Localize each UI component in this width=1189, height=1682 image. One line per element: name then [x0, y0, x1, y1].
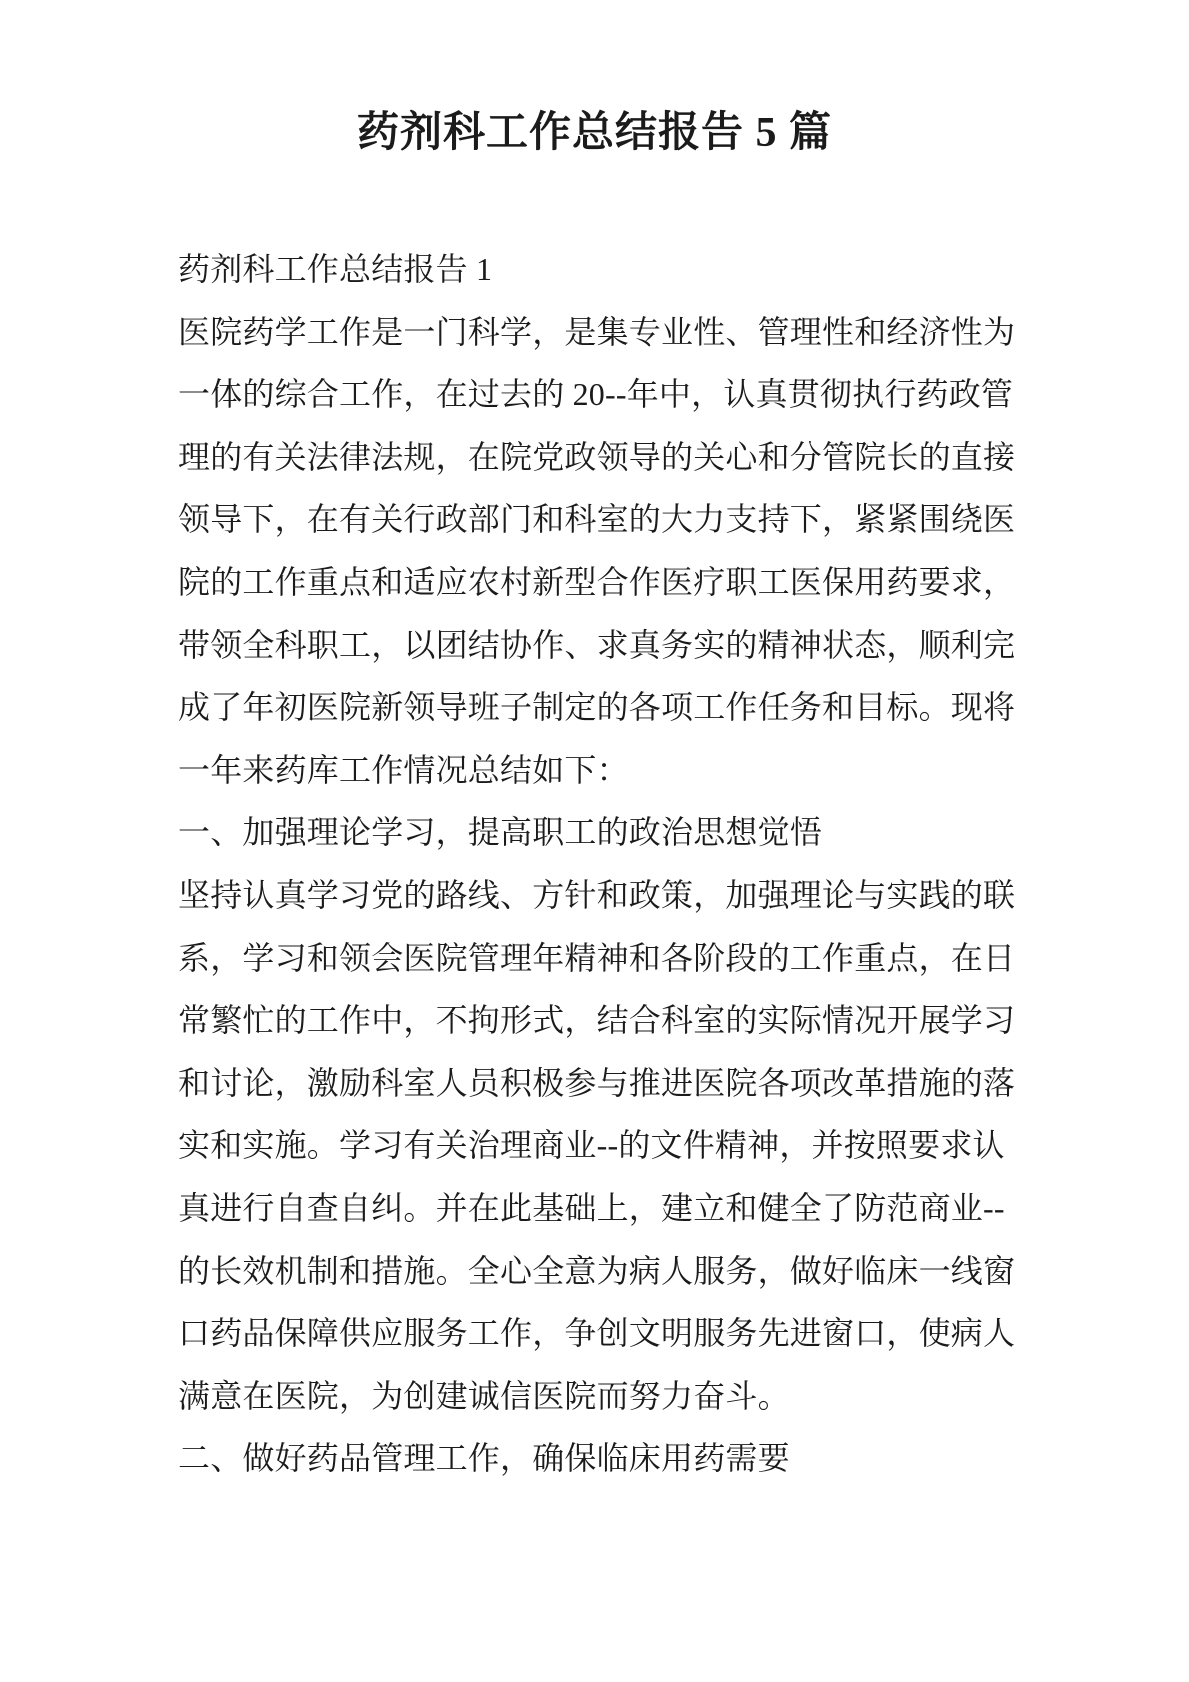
- paragraph: 一、加强理论学习，提高职工的政治思想觉悟: [178, 801, 1019, 864]
- paragraph: 医院药学工作是一门科学，是集专业性、管理性和经济性为一体的综合工作，在过去的 2…: [178, 301, 1019, 802]
- text-line: 口药品保障供应服务工作，争创文明服务先进窗口，使病人: [178, 1302, 1019, 1365]
- text-line: 院的工作重点和适应农村新型合作医疗职工医保用药要求，: [178, 551, 1019, 614]
- text-line: 一体的综合工作，在过去的 20--年中，认真贯彻执行药政管: [178, 363, 1019, 426]
- text-line: 二、做好药品管理工作，确保临床用药需要: [178, 1427, 1019, 1490]
- text-line: 一、加强理论学习，提高职工的政治思想觉悟: [178, 801, 1019, 864]
- document-page: 药剂科工作总结报告 5 篇 药剂科工作总结报告 1医院药学工作是一门科学，是集专…: [0, 0, 1189, 1682]
- text-line: 坚持认真学习党的路线、方针和政策，加强理论与实践的联: [178, 864, 1019, 927]
- text-line: 的长效机制和措施。全心全意为病人服务，做好临床一线窗: [178, 1240, 1019, 1303]
- paragraph: 坚持认真学习党的路线、方针和政策，加强理论与实践的联系，学习和领会医院管理年精神…: [178, 864, 1019, 1427]
- text-line: 成了年初医院新领导班子制定的各项工作任务和目标。现将: [178, 676, 1019, 739]
- text-line: 实和实施。学习有关治理商业--的文件精神，并按照要求认: [178, 1114, 1019, 1177]
- document-body: 药剂科工作总结报告 1医院药学工作是一门科学，是集专业性、管理性和经济性为一体的…: [0, 238, 1189, 1490]
- paragraph: 药剂科工作总结报告 1: [178, 238, 1019, 301]
- text-line: 药剂科工作总结报告 1: [178, 238, 1019, 301]
- text-line: 一年来药库工作情况总结如下：: [178, 739, 1019, 802]
- text-line: 和讨论，激励科室人员积极参与推进医院各项改革措施的落: [178, 1052, 1019, 1115]
- text-line: 带领全科职工，以团结协作、求真务实的精神状态，顺利完: [178, 614, 1019, 677]
- text-line: 常繁忙的工作中，不拘形式，结合科室的实际情况开展学习: [178, 989, 1019, 1052]
- text-line: 系，学习和领会医院管理年精神和各阶段的工作重点，在日: [178, 927, 1019, 990]
- document-title: 药剂科工作总结报告 5 篇: [0, 0, 1189, 158]
- text-line: 满意在医院，为创建诚信医院而努力奋斗。: [178, 1365, 1019, 1428]
- text-line: 真进行自查自纠。并在此基础上，建立和健全了防范商业--: [178, 1177, 1019, 1240]
- text-line: 理的有关法律法规，在院党政领导的关心和分管院长的直接: [178, 426, 1019, 489]
- text-line: 医院药学工作是一门科学，是集专业性、管理性和经济性为: [178, 301, 1019, 364]
- paragraph: 二、做好药品管理工作，确保临床用药需要: [178, 1427, 1019, 1490]
- text-line: 领导下，在有关行政部门和科室的大力支持下，紧紧围绕医: [178, 488, 1019, 551]
